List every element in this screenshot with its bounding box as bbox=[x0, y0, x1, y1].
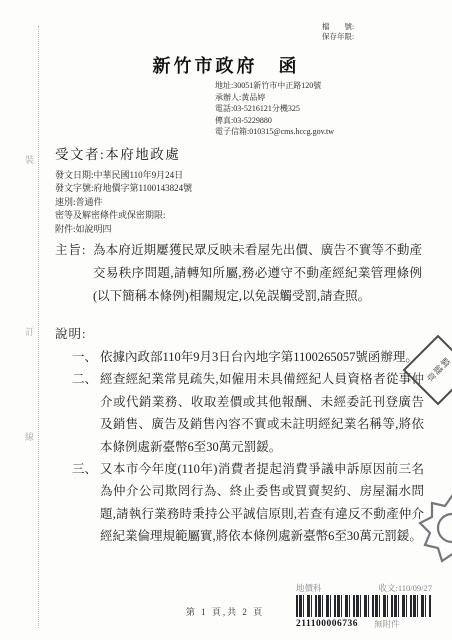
item-text: 依據內政部110年9月3日台內地字第1100265057號函辦理。 bbox=[100, 350, 418, 364]
item-number: 三、 bbox=[72, 458, 97, 480]
flower-seal-stamp bbox=[412, 488, 452, 568]
contact-officer: 承辦人:黃品婷 bbox=[215, 92, 334, 104]
binding-dotted-line bbox=[38, 26, 39, 628]
receipt-stamp-block: 地價科 收文:110/09/27 211100006736 無附件 bbox=[296, 583, 432, 630]
binding-mark-ding: 訂 bbox=[25, 325, 34, 338]
contact-email: 電子信箱:010315@cms.hccg.gov.tw bbox=[215, 126, 334, 138]
paging-seal-text: 騎縫章 bbox=[423, 355, 452, 385]
subject-paragraph: 主旨: 為本府近期屢獲民眾反映未看屋先出價、廣告不實等不動產交易秩序問題,請轉知… bbox=[55, 239, 422, 308]
priority-line: 速別:普通件 bbox=[55, 196, 192, 209]
subject-label: 主旨: bbox=[55, 239, 86, 262]
explanation-item-3: 三、 又本市今年度(110年)消費者提起消費爭議申訴原因前三名為仲介公司欺罔行為… bbox=[72, 458, 424, 548]
receipt-barcode-number: 211100006736 bbox=[296, 618, 358, 630]
item-number: 一、 bbox=[72, 346, 97, 368]
explanation-item-2: 二、 經查經紀業常見疏失,如僱用未具備經紀人員資格者從事仲介或代銷業務、收取差價… bbox=[72, 368, 424, 458]
agency-contact-block: 地址:30051新竹市中正路120號 承辦人:黃品婷 電話:03-5216121… bbox=[215, 80, 334, 138]
contact-address: 地址:30051新竹市中正路120號 bbox=[215, 80, 334, 92]
explanation-item-1: 一、 依據內政部110年9月3日台內地字第1100265057號函辦理。 bbox=[72, 346, 424, 368]
contact-fax: 傳真:03-5229880 bbox=[215, 115, 334, 127]
binding-mark-zhuang: 裝 bbox=[25, 153, 34, 166]
retention-period-label: 保存年限: bbox=[322, 32, 354, 42]
page-number: 第 1 頁,共 2 頁 bbox=[150, 605, 300, 618]
issue-date-line: 發文日期:中華民國110年9月24日 bbox=[55, 169, 192, 182]
archive-no-label: 檔 號: bbox=[322, 22, 354, 32]
explanation-items: 一、 依據內政部110年9月3日台內地字第1100265057號函辦理。 二、 … bbox=[72, 346, 424, 548]
item-text: 經查經紀業常見疏失,如僱用未具備經紀人員資格者從事仲介或代銷業務、收取差價或其他… bbox=[100, 372, 424, 453]
receipt-barcode bbox=[296, 595, 432, 617]
attachment-line: 附件:如說明四 bbox=[55, 223, 192, 236]
receipt-dept: 地價科 bbox=[296, 583, 322, 594]
item-text: 又本市今年度(110年)消費者提起消費爭議申訴原因前三名為仲介公司欺罔行為、終止… bbox=[100, 462, 424, 543]
recipient-line: 受文者:本府地政處 bbox=[55, 143, 180, 163]
explanation-label: 說明: bbox=[55, 324, 86, 342]
binding-mark-xian: 線 bbox=[25, 430, 34, 443]
issue-number-line: 發文字號:府地價字第1100143824號 bbox=[55, 182, 192, 195]
classification-line: 密等及解密條件或保密期限: bbox=[55, 209, 192, 222]
item-number: 二、 bbox=[72, 368, 97, 390]
document-title: 新竹市政府 函 bbox=[0, 52, 452, 78]
subject-text: 為本府近期屢獲民眾反映未看屋先出價、廣告不實等不動產交易秩序問題,請轉知所屬,務… bbox=[55, 239, 422, 308]
official-letter-page: 裝 訂 線 檔 號: 保存年限: 新竹市政府 函 地址:30051新竹市中正路1… bbox=[0, 0, 452, 640]
contact-phone: 電話:03-5216121分機325 bbox=[215, 103, 334, 115]
receipt-date: 收文:110/09/27 bbox=[378, 583, 432, 594]
receipt-attachment-note: 無附件 bbox=[374, 618, 400, 630]
archive-label-block: 檔 號: 保存年限: bbox=[322, 22, 354, 41]
document-meta-block: 發文日期:中華民國110年9月24日 發文字號:府地價字第1100143824號… bbox=[55, 169, 192, 236]
